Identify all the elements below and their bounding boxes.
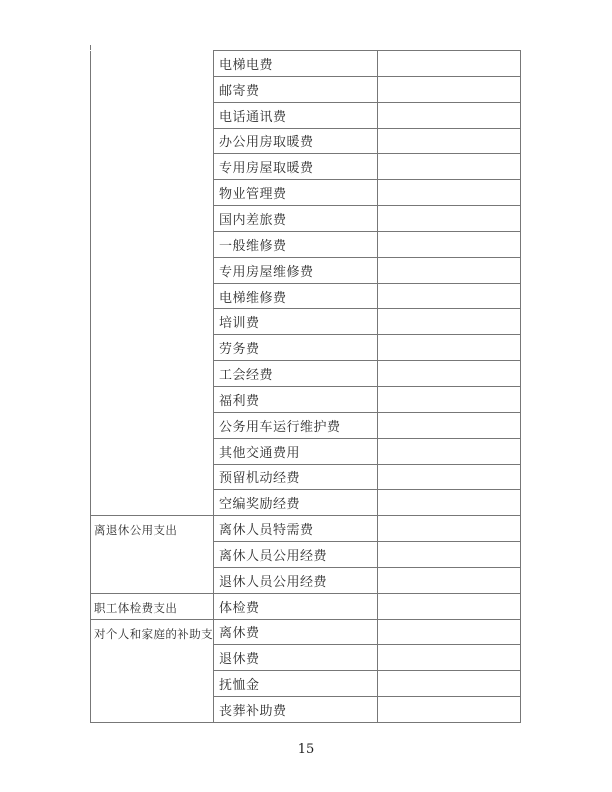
value-cell <box>378 490 521 516</box>
value-cell <box>378 283 521 309</box>
value-cell <box>378 206 521 232</box>
value-cell <box>378 697 521 723</box>
item-cell: 专用房屋取暖费 <box>214 154 378 180</box>
value-cell <box>378 51 521 77</box>
value-cell <box>378 76 521 102</box>
category-cell <box>91 51 214 516</box>
page-number: 15 <box>0 742 612 757</box>
value-cell <box>378 154 521 180</box>
table-row: 电梯电费 <box>91 51 521 77</box>
item-cell: 电话通讯费 <box>214 102 378 128</box>
value-cell <box>378 231 521 257</box>
item-cell: 办公用房取暖费 <box>214 128 378 154</box>
table-row: 离退休公用支出 离休人员特需费 <box>91 516 521 542</box>
value-cell <box>378 671 521 697</box>
value-cell <box>378 102 521 128</box>
item-cell: 公务用车运行维护费 <box>214 412 378 438</box>
value-cell <box>378 464 521 490</box>
value-cell <box>378 619 521 645</box>
item-cell: 抚恤金 <box>214 671 378 697</box>
item-cell: 离休费 <box>214 619 378 645</box>
document-page: 电梯电费 邮寄费 电话通讯费 办公用房取暖费 专用房屋取暖费 物业管理费 <box>0 0 612 792</box>
item-cell: 预留机动经费 <box>214 464 378 490</box>
value-cell <box>378 593 521 619</box>
category-cell: 职工体检费支出 <box>91 593 214 619</box>
item-cell: 专用房屋维修费 <box>214 257 378 283</box>
item-cell: 物业管理费 <box>214 180 378 206</box>
category-cell: 对个人和家庭的补助支出 <box>91 619 214 722</box>
item-cell: 离休人员公用经费 <box>214 542 378 568</box>
item-cell: 退休费 <box>214 645 378 671</box>
item-cell: 邮寄费 <box>214 76 378 102</box>
item-cell: 国内差旅费 <box>214 206 378 232</box>
value-cell <box>378 386 521 412</box>
table-row: 对个人和家庭的补助支出 离休费 <box>91 619 521 645</box>
item-cell: 一般维修费 <box>214 231 378 257</box>
item-cell: 体检费 <box>214 593 378 619</box>
value-cell <box>378 645 521 671</box>
value-cell <box>378 567 521 593</box>
value-cell <box>378 542 521 568</box>
item-cell: 福利费 <box>214 386 378 412</box>
value-cell <box>378 128 521 154</box>
item-cell: 其他交通费用 <box>214 438 378 464</box>
item-cell: 工会经费 <box>214 361 378 387</box>
item-cell: 培训费 <box>214 309 378 335</box>
item-cell: 退休人员公用经费 <box>214 567 378 593</box>
item-cell: 电梯维修费 <box>214 283 378 309</box>
table-row: 职工体检费支出 体检费 <box>91 593 521 619</box>
value-cell <box>378 335 521 361</box>
value-cell <box>378 412 521 438</box>
item-cell: 离休人员特需费 <box>214 516 378 542</box>
item-cell: 劳务费 <box>214 335 378 361</box>
item-cell: 电梯电费 <box>214 51 378 77</box>
value-cell <box>378 361 521 387</box>
expense-table: 电梯电费 邮寄费 电话通讯费 办公用房取暖费 专用房屋取暖费 物业管理费 <box>90 50 521 723</box>
value-cell <box>378 309 521 335</box>
value-cell <box>378 438 521 464</box>
item-cell: 空编奖励经费 <box>214 490 378 516</box>
category-cell: 离退休公用支出 <box>91 516 214 594</box>
value-cell <box>378 257 521 283</box>
value-cell <box>378 180 521 206</box>
item-cell: 丧葬补助费 <box>214 697 378 723</box>
value-cell <box>378 516 521 542</box>
